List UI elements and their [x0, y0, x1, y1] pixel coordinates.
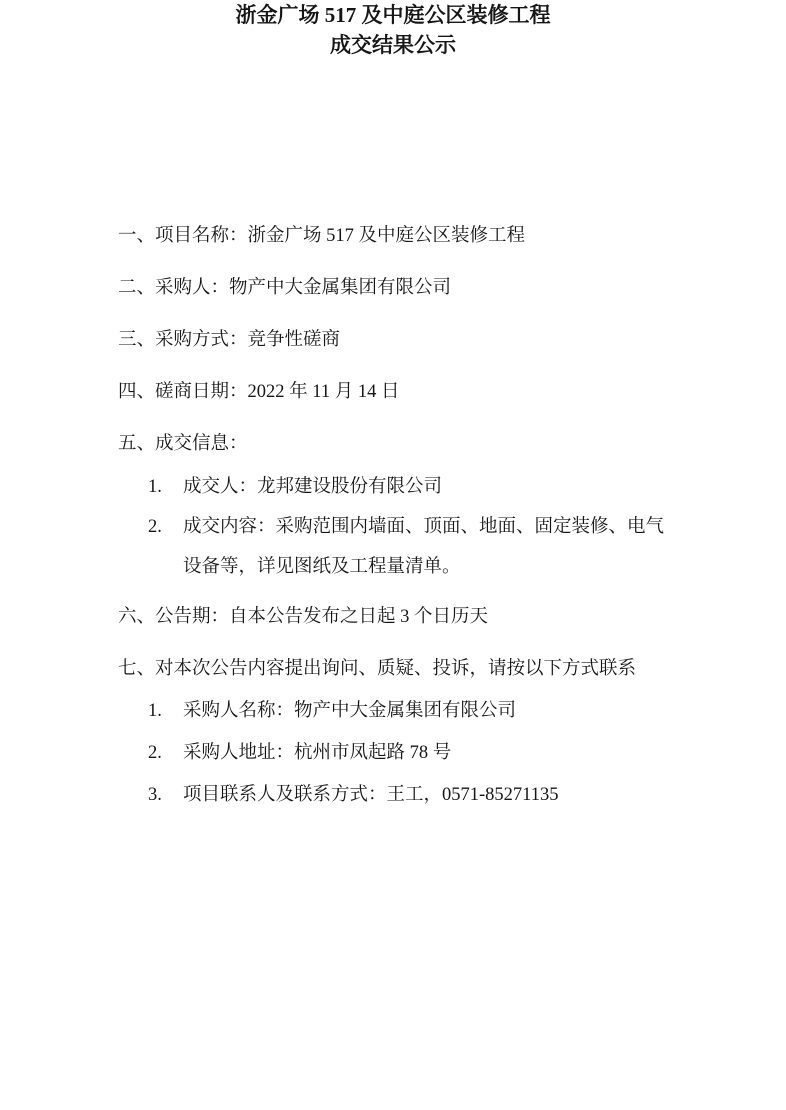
contact-person-text: 项目联系人及联系方式：王工，0571-85271135: [183, 785, 558, 805]
award-winner-text: 成交人：龙邦建设股份有限公司: [183, 477, 442, 497]
award-content-line2: 设备等，详见图纸及工程量清单。: [183, 554, 461, 580]
line-procurement-method: 三、采购方式：竞争性磋商: [118, 327, 340, 353]
contact-name-item: 1.采购人名称：物产中大金属集团有限公司: [148, 698, 516, 724]
document-page: 浙金广场 517 及中庭公区装修工程 成交结果公示 一、项目名称：浙金广场 51…: [0, 0, 786, 1110]
list-number: 3.: [148, 782, 183, 808]
award-winner-item: 1.成交人：龙邦建设股份有限公司: [148, 474, 442, 500]
list-number: 1.: [148, 474, 183, 500]
award-content-text-line1: 成交内容：采购范围内墙面、顶面、地面、固定装修、电气: [183, 517, 664, 537]
list-number: 2.: [148, 514, 183, 540]
contact-person-item: 3.项目联系人及联系方式：王工，0571-85271135: [148, 782, 558, 808]
award-content-line1: 2.成交内容：采购范围内墙面、顶面、地面、固定装修、电气: [148, 514, 664, 540]
line-negotiation-date: 四、磋商日期：2022 年 11 月 14 日: [118, 379, 399, 405]
line-announcement-period: 六、公告期：自本公告发布之日起 3 个日历天: [118, 604, 488, 630]
line-award-info-heading: 五、成交信息：: [118, 431, 248, 457]
line-contact-intro: 七、对本次公告内容提出询问、质疑、投诉，请按以下方式联系: [118, 656, 636, 682]
line-project-name: 一、项目名称：浙金广场 517 及中庭公区装修工程: [118, 223, 525, 249]
contact-name-text: 采购人名称：物产中大金属集团有限公司: [183, 701, 516, 721]
list-number: 2.: [148, 740, 183, 766]
doc-title-line2: 成交结果公示: [0, 30, 786, 60]
doc-title-line1: 浙金广场 517 及中庭公区装修工程: [0, 0, 786, 30]
line-purchaser: 二、采购人：物产中大金属集团有限公司: [118, 275, 451, 301]
contact-address-text: 采购人地址：杭州市凤起路 78 号: [183, 743, 451, 763]
list-number: 1.: [148, 698, 183, 724]
contact-address-item: 2.采购人地址：杭州市凤起路 78 号: [148, 740, 451, 766]
